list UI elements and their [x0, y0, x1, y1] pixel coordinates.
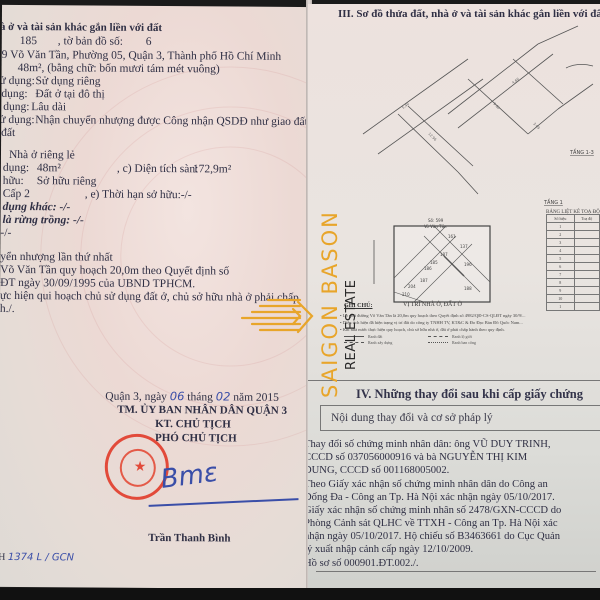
change-line: CCCD số 037056000916 và bà NGUYỄN THỊ KI… — [308, 452, 527, 464]
svg-text:210: 210 — [402, 292, 410, 297]
legend-swatch — [428, 342, 448, 343]
usage-form-label: ử dụng: — [0, 75, 35, 88]
usage-origin-cont: đất — [1, 127, 15, 140]
coord-row: 3 — [547, 239, 600, 247]
change-line: DUNG, CCCD số 001168005002. — [308, 465, 449, 477]
registry-prefix: H — [0, 552, 5, 563]
coord-row: 9 — [547, 287, 600, 295]
coord-value — [574, 223, 599, 231]
floor-area-value: 172,9m² — [193, 163, 231, 176]
change-line: Đống Đa - Công an Tp. Hà Nội xác nhận ng… — [308, 492, 555, 504]
divider — [316, 571, 596, 572]
watermark-tagline: REAL ESTATE — [344, 280, 359, 370]
registry-handwritten: 1374 L / GCN — [8, 552, 74, 563]
usage-purpose-label: dụng: — [1, 88, 27, 101]
coord-point-id: 9 — [547, 287, 575, 295]
svg-text:204: 204 — [408, 284, 416, 289]
svg-text:12.96: 12.96 — [427, 132, 437, 142]
usage-term-label: dụng: — [3, 101, 29, 114]
section-4-title: IV. Những thay đổi sau khi cấp giấy chứn… — [356, 387, 583, 402]
svg-text:188: 188 — [464, 286, 472, 291]
note-decision: ĐT ngày 30/09/1995 của UBND TPHCM. — [0, 277, 195, 291]
ownership-label: hữu: — [3, 175, 24, 188]
seal-emblem-icon: ★ — [120, 449, 156, 487]
note-end: h./. — [0, 303, 15, 316]
coord-point-id: 6 — [547, 263, 575, 271]
coord-value — [574, 239, 599, 247]
map-sheet-number: 6 — [146, 36, 152, 49]
coord-value — [574, 231, 599, 239]
registry-number: H 1374 L / GCN — [0, 551, 74, 565]
ownership-term-value: -/- — [181, 189, 192, 202]
ownership-term-label: , e) Thời hạn sở hữu: — [85, 188, 181, 202]
planted-forest-line: là rừng trồng: -/- — [2, 214, 83, 228]
coord-row: 6 — [547, 263, 600, 271]
parcel-number: 185 — [20, 35, 37, 48]
saigon-bason-logo-icon — [238, 296, 316, 336]
background-edge — [0, 588, 600, 600]
note-item: • Lộ giới đường Võ Văn Tần là 20,0m quy … — [340, 313, 526, 318]
coord-point-id: 8 — [547, 279, 575, 287]
perennial-line: -/- — [0, 227, 11, 240]
legend-swatch — [428, 336, 448, 337]
coord-point-id: 4 — [547, 247, 575, 255]
coord-row: 7 — [547, 271, 600, 279]
legend-label: Ranh lộ giới — [452, 334, 472, 339]
usage-origin-value: Nhận chuyển nhượng được Công nhận QSDĐ n… — [35, 114, 314, 129]
coord-point-id: 3 — [547, 239, 575, 247]
coord-value — [574, 247, 599, 255]
built-area-value: 48m² — [37, 162, 61, 175]
issuing-authority: TM. ỦY BAN NHÂN DÂN QUẬN 3 — [117, 404, 287, 418]
note-transfer: yển nhượng lần thứ nhất — [0, 251, 113, 265]
signer-role-1: KT. CHỦ TỊCH — [155, 418, 231, 432]
left-section-header: à ở và tài sản khác gắn liền với đất — [0, 21, 162, 35]
note-item: • Diện tích hiện đã hiện trạng vị trí đấ… — [340, 320, 523, 325]
star-icon: ★ — [134, 459, 147, 476]
coord-row: 1 — [547, 223, 600, 231]
coord-row: 10 — [547, 295, 600, 303]
coord-row: 2 — [547, 231, 600, 239]
street-label: Võ Văn Tần — [424, 224, 447, 229]
coord-row: 4 — [547, 247, 600, 255]
legend-label: Ranh ban công — [452, 340, 476, 345]
legend-item: Ranh ban công — [428, 340, 476, 345]
coord-value — [574, 279, 599, 287]
coord-point-id: 10 — [547, 295, 575, 303]
issue-day: 06 — [170, 389, 185, 403]
svg-text:4.66: 4.66 — [511, 77, 520, 85]
section-4-changes: IV. Những thay đổi sau khi cấp giấy chứn… — [308, 380, 600, 594]
change-line: lý xuất nhập cảnh cấp ngày 12/10/2009. — [308, 544, 473, 556]
dossier-number: Hồ sơ số 000901.ĐT.002./. — [308, 558, 419, 570]
floor-label-1-3: TẦNG 1-3 — [569, 148, 594, 156]
usage-purpose-value: Đất ở tại đô thị — [35, 88, 104, 101]
change-line: Thay đổi số chứng minh nhân dân: ông VŨ … — [308, 439, 551, 451]
coord-point-id: 1 — [547, 223, 575, 231]
svg-text:186: 186 — [424, 266, 432, 271]
month-label: tháng — [187, 391, 213, 403]
change-line: nhận ngày 05/10/2017. Hộ chiếu số B34636… — [308, 531, 560, 543]
coord-point-id: 2 — [547, 231, 575, 239]
change-line: Theo Giấy xác nhận số chứng minh nhân dâ… — [308, 479, 548, 491]
svg-text:185: 185 — [430, 260, 438, 265]
issue-year: năm 2015 — [233, 392, 279, 404]
watermark-brand: SAIGON BASON — [318, 210, 342, 398]
ownership-value: Sở hữu riêng — [37, 175, 97, 188]
coord-value — [574, 263, 599, 271]
grade-label: Cấp 2 — [3, 188, 30, 201]
signer-role-2: PHÓ CHỦ TỊCH — [155, 432, 237, 446]
coord-value — [574, 303, 599, 311]
issue-place-date: Quận 3, ngày 06 tháng 02 năm 2015 — [105, 390, 279, 405]
signer-name: Trần Thanh Bình — [148, 532, 230, 546]
coord-col-id: Số hiệu — [547, 215, 575, 223]
coord-point-id: 1 — [547, 303, 575, 311]
handwritten-signature: Bmɛ — [159, 458, 220, 495]
map-sheet-label: , tờ bản đồ số: — [58, 35, 123, 48]
coord-value — [574, 271, 599, 279]
coord-col-xy: Toạ độ — [574, 215, 599, 223]
date-prefix: Quận 3, ngày — [105, 391, 167, 403]
changes-column-header: Nội dung thay đổi và cơ sở pháp lý — [320, 405, 600, 431]
usage-form-value: Sử dụng riêng — [35, 75, 100, 88]
other-works-line: dụng khác: -/- — [3, 201, 71, 214]
coord-value — [574, 295, 599, 303]
floor-area-label: , c) Diện tích sàn: — [117, 163, 199, 177]
coord-value — [574, 287, 599, 295]
svg-text:9.80: 9.80 — [492, 102, 500, 110]
svg-text:196: 196 — [464, 262, 472, 267]
coord-value — [574, 255, 599, 263]
svg-text:187: 187 — [440, 252, 448, 257]
coord-point-id: 5 — [547, 255, 575, 263]
coord-point-id: 7 — [547, 271, 575, 279]
usage-origin-label: ử dụng: — [0, 114, 35, 127]
changes-header-label: Nội dung thay đổi và cơ sở pháp lý — [331, 412, 493, 424]
legend-item: Ranh lộ giới — [428, 334, 472, 339]
legend-label: Ranh đất — [368, 334, 382, 339]
change-line: Phòng Cảnh sát QLHC về TTXH - Công an Tp… — [308, 518, 558, 530]
usage-term-value: Lâu dài — [31, 101, 66, 114]
svg-text:187: 187 — [420, 278, 428, 283]
floor-label-1: TẦNG 1 — [543, 198, 563, 206]
issue-month: 02 — [216, 389, 231, 403]
built-area-label: dụng: — [3, 162, 29, 175]
svg-text:5.46: 5.46 — [401, 102, 410, 110]
coordinate-table: Số hiệu Toạ độ 123456789101 — [546, 214, 600, 311]
note-item: • Khi nhà nước thực hiện quy hoạch, chủ … — [340, 327, 505, 332]
legend-label: Ranh xây dựng — [368, 340, 392, 345]
house-type: Nhà ở riêng lẻ — [9, 149, 75, 162]
change-line: Giấy xác nhận số chứng minh nhân số 2478… — [308, 505, 561, 517]
signature-stroke — [149, 498, 299, 507]
coord-row: 8 — [547, 279, 600, 287]
svg-text:161: 161 — [448, 234, 456, 239]
coord-row: 5 — [547, 255, 600, 263]
street-number-label: Số: 599 — [428, 218, 444, 223]
coord-row: 1 — [547, 303, 600, 311]
location-caption: VỊ TRÍ NHÀ Ở, ĐẤT Ở — [403, 302, 462, 308]
svg-text:137: 137 — [460, 244, 468, 249]
